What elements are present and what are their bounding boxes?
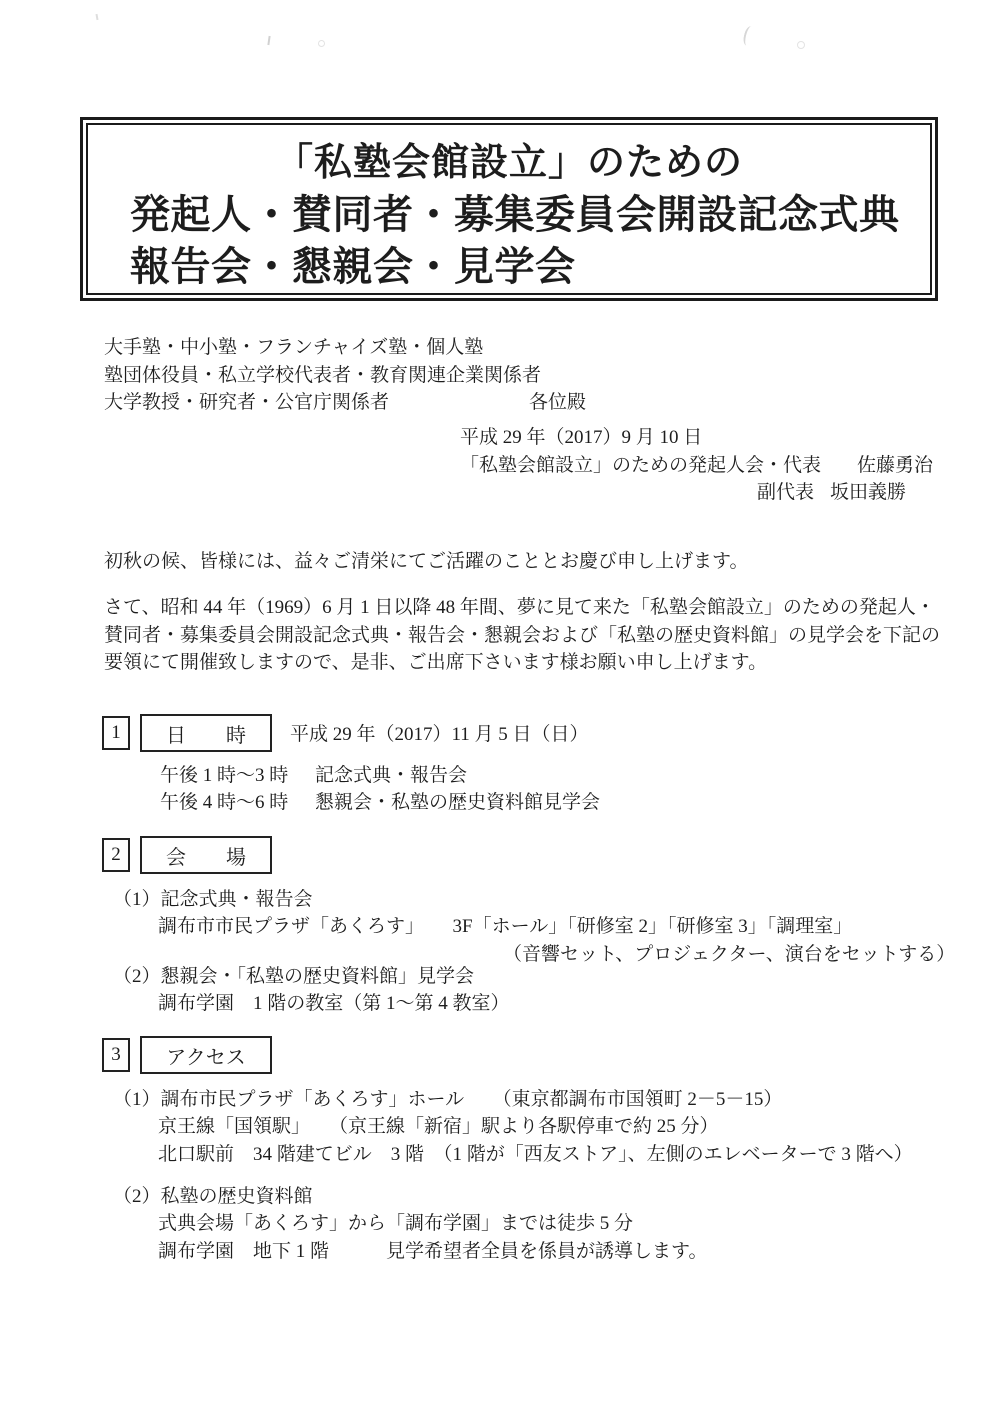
scan-artifact [742, 25, 757, 47]
venue-item-2-head: （2）懇親会・「私塾の歴史資料館」見学会 [113, 963, 474, 991]
access-item-2-line-1: 式典会場「あくろす」から「調布学園」までは徒歩 5 分 [158, 1210, 633, 1238]
vice-representative-line: 副代表坂田義勝 [757, 479, 933, 507]
schedule-time: 午後 4 時～6 時 [160, 789, 315, 817]
section-2-label-box: 会 場 [140, 836, 272, 874]
venue-item-2-line: 調布学園 1 階の教室（第 1～第 4 教室） [158, 990, 510, 1018]
access-item-1-line-2: 北口駅前 34 階建てビル 3 階 （1 階が「西友ストア」、左側のエレベーター… [158, 1141, 913, 1169]
section-1-label-box: 日 時 [140, 714, 272, 752]
access-item-2-head: （2）私塾の歴史資料館 [113, 1183, 313, 1211]
sender-organization: 「私塾会館設立」のための発起人会・代表 [460, 455, 821, 476]
issue-date: 平成 29 年（2017）9 月 10 日 [460, 424, 933, 452]
document-title-line1: 「私塾会館設立」のための [88, 137, 930, 189]
sender-line: 「私塾会館設立」のための発起人会・代表佐藤勇治 [460, 452, 933, 480]
vice-representative-label: 副代表 [757, 482, 814, 503]
recipient-line-1: 大手塾・中小塾・フランチャイズ塾・個人塾 [104, 334, 586, 362]
document-page: 「私塾会館設立」のための 発起人・賛同者・募集委員会開設記念式典 報告会・懇親会… [0, 0, 1000, 1414]
document-title-line2: 発起人・賛同者・募集委員会開設記念式典 [88, 189, 930, 241]
section-access-header: 3 アクセス [102, 1038, 982, 1078]
section-venue-header: 2 会 場 [102, 838, 982, 878]
schedule-time: 午後 1 時～3 時 [160, 762, 315, 790]
body-line-3: 要領にて開催致しますので、是非、ご出席下さいます様お願い申し上げます。 [104, 649, 940, 677]
section-1-inline-text: 平成 29 年（2017）11 月 5 日（日） [290, 719, 589, 746]
scan-artifact [797, 41, 805, 49]
schedule-row: 午後 4 時～6 時懇親会・私塾の歴史資料館見学会 [160, 789, 600, 817]
representative-name: 佐藤勇治 [857, 452, 933, 480]
access-item-1-line-1: 京王線「国領駅」 （京王線「新宿」駅より各駅停車で約 25 分） [158, 1113, 719, 1141]
date-sender-block: 平成 29 年（2017）9 月 10 日 「私塾会館設立」のための発起人会・代… [460, 424, 933, 507]
section-2-number-box: 2 [102, 838, 130, 872]
honorific-label: 各位殿 [529, 389, 586, 417]
schedule-row: 午後 1 時～3 時記念式典・報告会 [160, 762, 467, 790]
schedule-event: 記念式典・報告会 [315, 765, 467, 786]
access-item-1-head: （1）調布市民プラザ「あくろす」ホール （東京都調布市国領町 2－5－15） [113, 1086, 782, 1114]
venue-item-1-head: （1）記念式典・報告会 [113, 886, 313, 914]
greeting-line: 初秋の候、皆様には、益々ご清栄にてご活躍のこととお慶び申し上げます。 [104, 548, 748, 576]
venue-item-1-line: 調布市市民プラザ「あくろす」 3F「ホール」「研修室 2」「研修室 3」「調理室… [158, 913, 852, 941]
body-line-1: さて、昭和 44 年（1969）6 月 1 日以降 48 年間、夢に見て来た「私… [104, 594, 940, 622]
section-datetime-header: 1 日 時 平成 29 年（2017）11 月 5 日（日） [102, 716, 982, 756]
section-3-number-box: 3 [102, 1038, 130, 1072]
section-1-number-box: 1 [102, 716, 130, 750]
recipient-line-3: 大学教授・研究者・公官庁関係者各位殿 [104, 389, 586, 417]
recipient-line-2: 塾団体役員・私立学校代表者・教育関連企業関係者 [104, 362, 586, 390]
vice-representative-name: 坂田義勝 [830, 479, 906, 507]
section-3-label-box: アクセス [140, 1036, 272, 1074]
recipient-line-3-text: 大学教授・研究者・公官庁関係者 [104, 392, 389, 413]
access-item-2-line-2: 調布学園 地下 1 階 見学希望者全員を係員が誘導します。 [158, 1238, 707, 1266]
scan-artifact [95, 14, 98, 20]
scan-artifact [318, 40, 325, 47]
body-paragraph: さて、昭和 44 年（1969）6 月 1 日以降 48 年間、夢に見て来た「私… [104, 594, 940, 677]
schedule-event: 懇親会・私塾の歴史資料館見学会 [315, 792, 600, 813]
scan-artifact [267, 36, 270, 45]
title-box-inner: 「私塾会館設立」のための 発起人・賛同者・募集委員会開設記念式典 報告会・懇親会… [86, 123, 932, 295]
document-title-line3: 報告会・懇親会・見学会 [88, 241, 930, 293]
body-line-2: 賛同者・募集委員会開設記念式典・報告会・懇親会および「私塾の歴史資料館」の見学会… [104, 622, 940, 650]
venue-item-1-note: （音響セット、プロジェクター、演台をセットする） [503, 941, 955, 969]
title-box: 「私塾会館設立」のための 発起人・賛同者・募集委員会開設記念式典 報告会・懇親会… [80, 117, 938, 301]
recipients-block: 大手塾・中小塾・フランチャイズ塾・個人塾 塾団体役員・私立学校代表者・教育関連企… [104, 334, 586, 417]
